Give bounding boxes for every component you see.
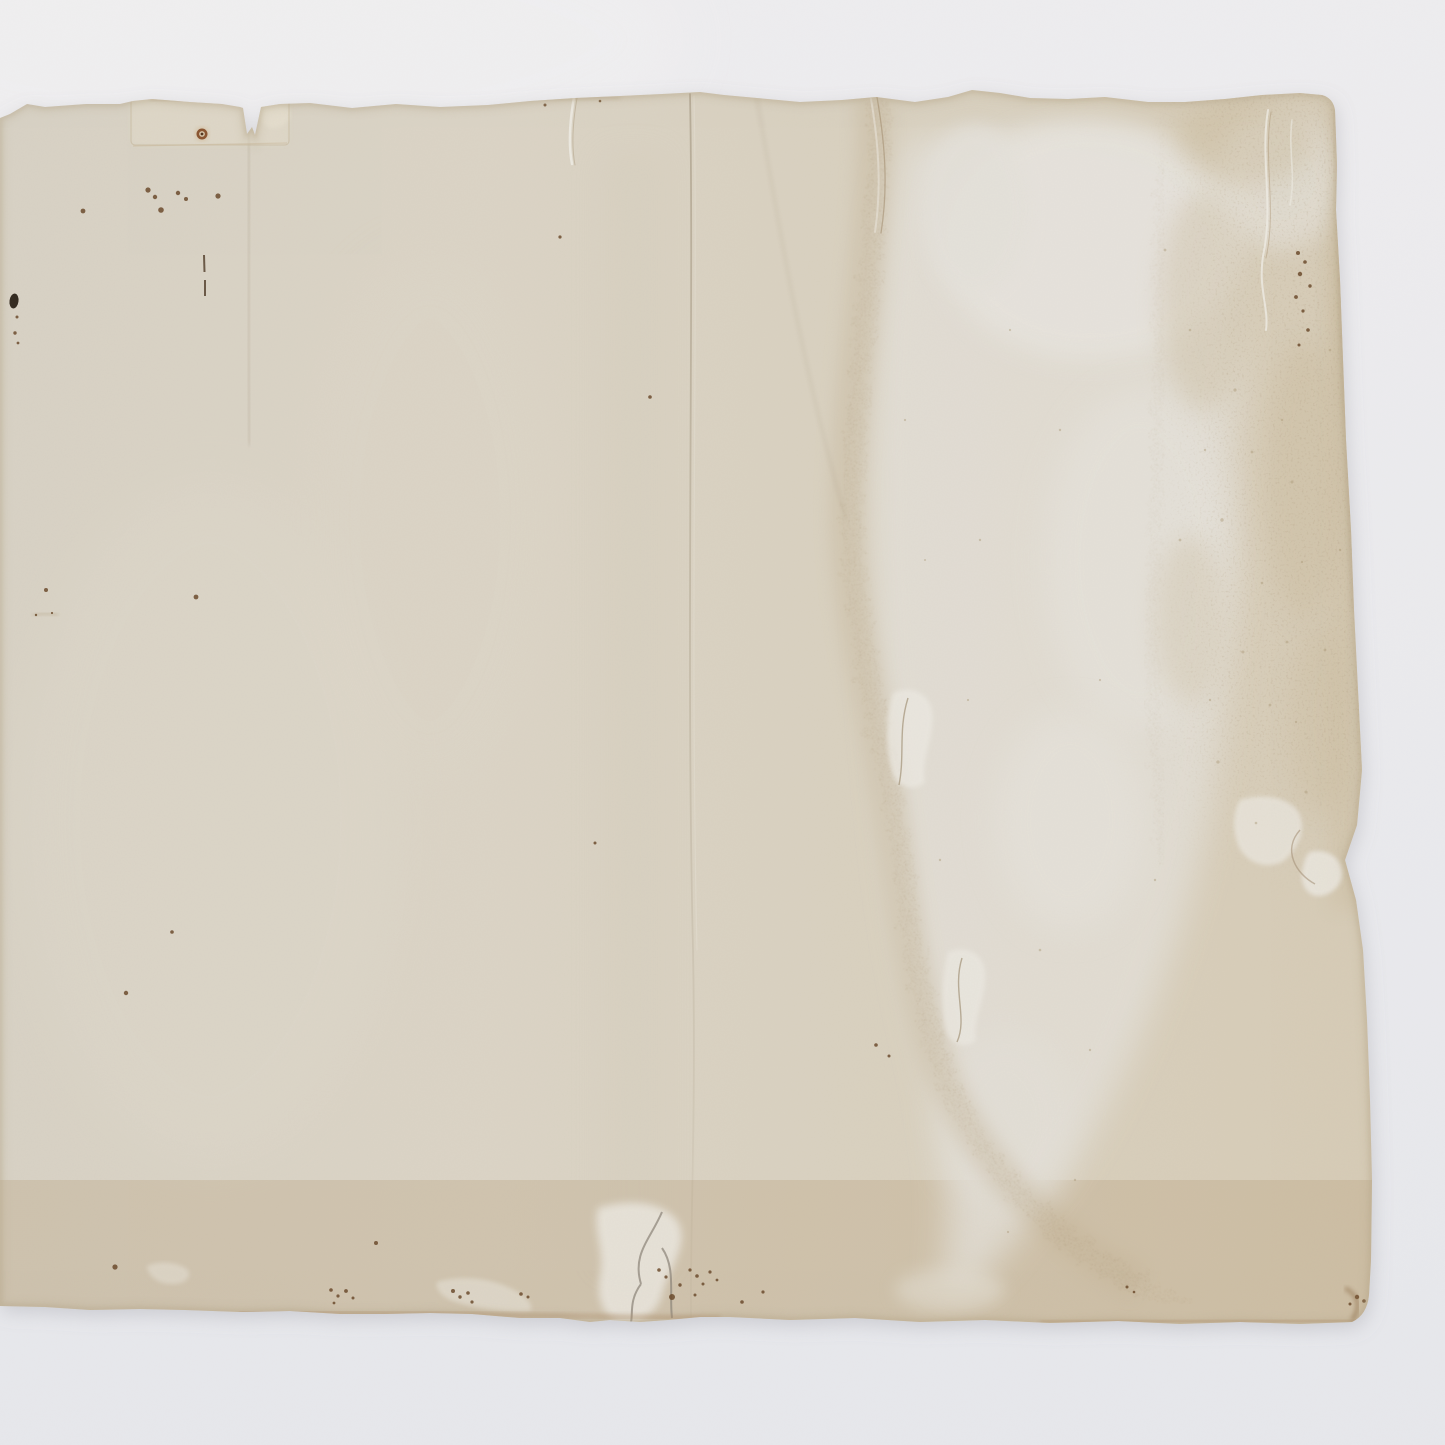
photo-scene: Aged blank cream paper with large water …	[0, 0, 1445, 1445]
aged-paper-illustration: Aged blank cream paper with large water …	[0, 0, 1445, 1445]
aged-paper-photograph: Aged blank cream paper with large water …	[0, 0, 1445, 1445]
paper-surface-detail	[0, 0, 1445, 1445]
paper-sheet	[0, 0, 1445, 1445]
paper-grain	[0, 0, 1445, 1445]
